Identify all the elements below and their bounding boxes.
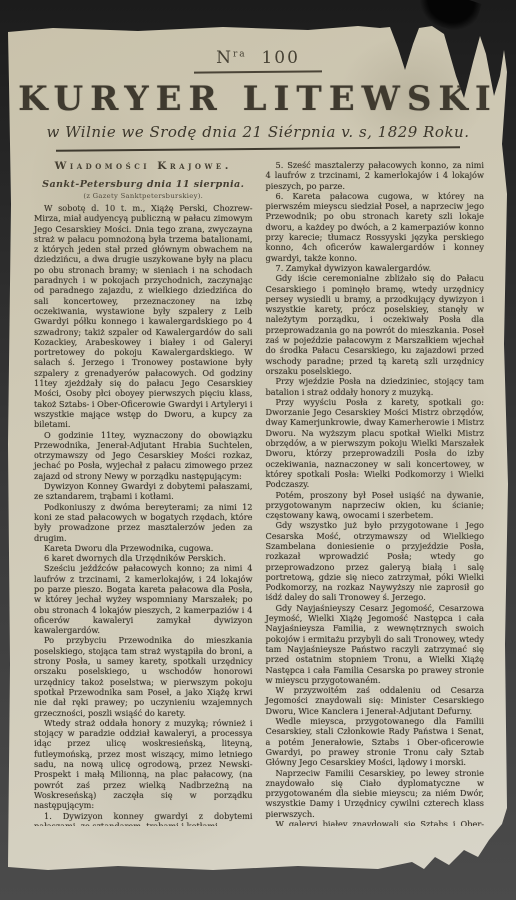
article-paragraph: Po przybyciu Przewodnika do mieszkania p…: [34, 635, 253, 717]
issue-superscript: ra: [233, 49, 247, 59]
article-paragraph: Sześciu jeźdźców pałacowych konno; za ni…: [34, 563, 253, 635]
section-heading: Wiadomości Krajowe.: [34, 160, 253, 172]
right-column: 5. Sześć masztalerzy pałacowych konno, z…: [266, 158, 485, 826]
article-paragraph: 7. Zamykał dywizyon kawalergardów.: [266, 263, 485, 273]
left-column: Wiadomości Krajowe. Sankt-Petersburg dni…: [34, 158, 253, 826]
article-paragraph: Potém, proszony był Poseł usiąść na dywa…: [266, 490, 485, 521]
scan-backdrop: Nra 100 KURYER LITEWSKI w Wilnie we Srod…: [0, 0, 516, 900]
article-paragraph: Kareta Dworu dla Przewodnika, cugowa.: [34, 543, 253, 553]
article-paragraph: W sobotę d. 10 t. m., Xiążę Perski, Choz…: [34, 203, 253, 430]
article-paragraph: Naprzeciw Familii Cesarskiey, po lewey s…: [266, 768, 485, 819]
left-column-paragraphs: W sobotę d. 10 t. m., Xiążę Perski, Choz…: [34, 203, 253, 826]
article-paragraph: Gdy iście ceremonialne zbliżało się do P…: [266, 273, 485, 376]
masthead: Nra 100 KURYER LITEWSKI w Wilnie we Srod…: [8, 24, 508, 150]
newspaper-title: KURYER LITEWSKI: [8, 79, 508, 119]
article-paragraph: 6. Kareta pałacowa cugowa, w którey na p…: [266, 191, 485, 263]
dateline: w Wilnie we Srodę dnia 21 Siérpnia v. s,…: [8, 123, 508, 141]
article-paragraph: Wedle mieysca, przygotowanego dla Famili…: [266, 716, 485, 767]
article-paragraph: 5. Sześć masztalerzy pałacowych konno, z…: [266, 160, 485, 191]
right-column-paragraphs: 5. Sześć masztalerzy pałacowych konno, z…: [266, 160, 485, 826]
issue-number: Nra 100: [8, 48, 508, 68]
issue-rule: [194, 70, 322, 73]
article-paragraph: Przy wyyściu Posła z karety, spotkali go…: [266, 397, 485, 490]
article-paragraph: Przy wjeździe Posła na dziedziniec, stoj…: [266, 376, 485, 397]
newspaper-page: Nra 100 KURYER LITEWSKI w Wilnie we Srod…: [8, 24, 508, 878]
article-paragraph: W przyzwoitém zaś oddaleniu od Cesarza J…: [266, 685, 485, 716]
article-paragraph: Dywizyon Konney Gwardyi z dobytemi pałas…: [34, 481, 253, 502]
article-paragraph: W galeryi białey znaydowali się Sztabs i…: [266, 819, 485, 826]
article-paragraph: Podkoniuszy z dwóma bereyterami; za nimi…: [34, 502, 253, 543]
article-paragraph: 1. Dywizyon konney gwardyi z dobytemi pa…: [34, 811, 253, 826]
source-note: (z Gazety Sanktpetersburskiey).: [34, 192, 253, 200]
article-subheading: Sankt-Petersburg dnia 11 sierpnia.: [34, 179, 253, 190]
article-paragraph: Gdy Nayjaśnieyszy Cesarz Jegomość, Cesar…: [266, 603, 485, 685]
article-paragraph: O godzinie 11tey, wyznaczony do obowiązk…: [34, 430, 253, 481]
article-paragraph: 6 karet dwornych dla Urzędników Perskich…: [34, 553, 253, 563]
article-paragraph: Wtedy straż oddała honory z muzyką; równ…: [34, 718, 253, 811]
article-columns: Wiadomości Krajowe. Sankt-Petersburg dni…: [8, 150, 508, 826]
article-paragraph: Gdy wszystko już było przygotowane i Jeg…: [266, 520, 485, 602]
